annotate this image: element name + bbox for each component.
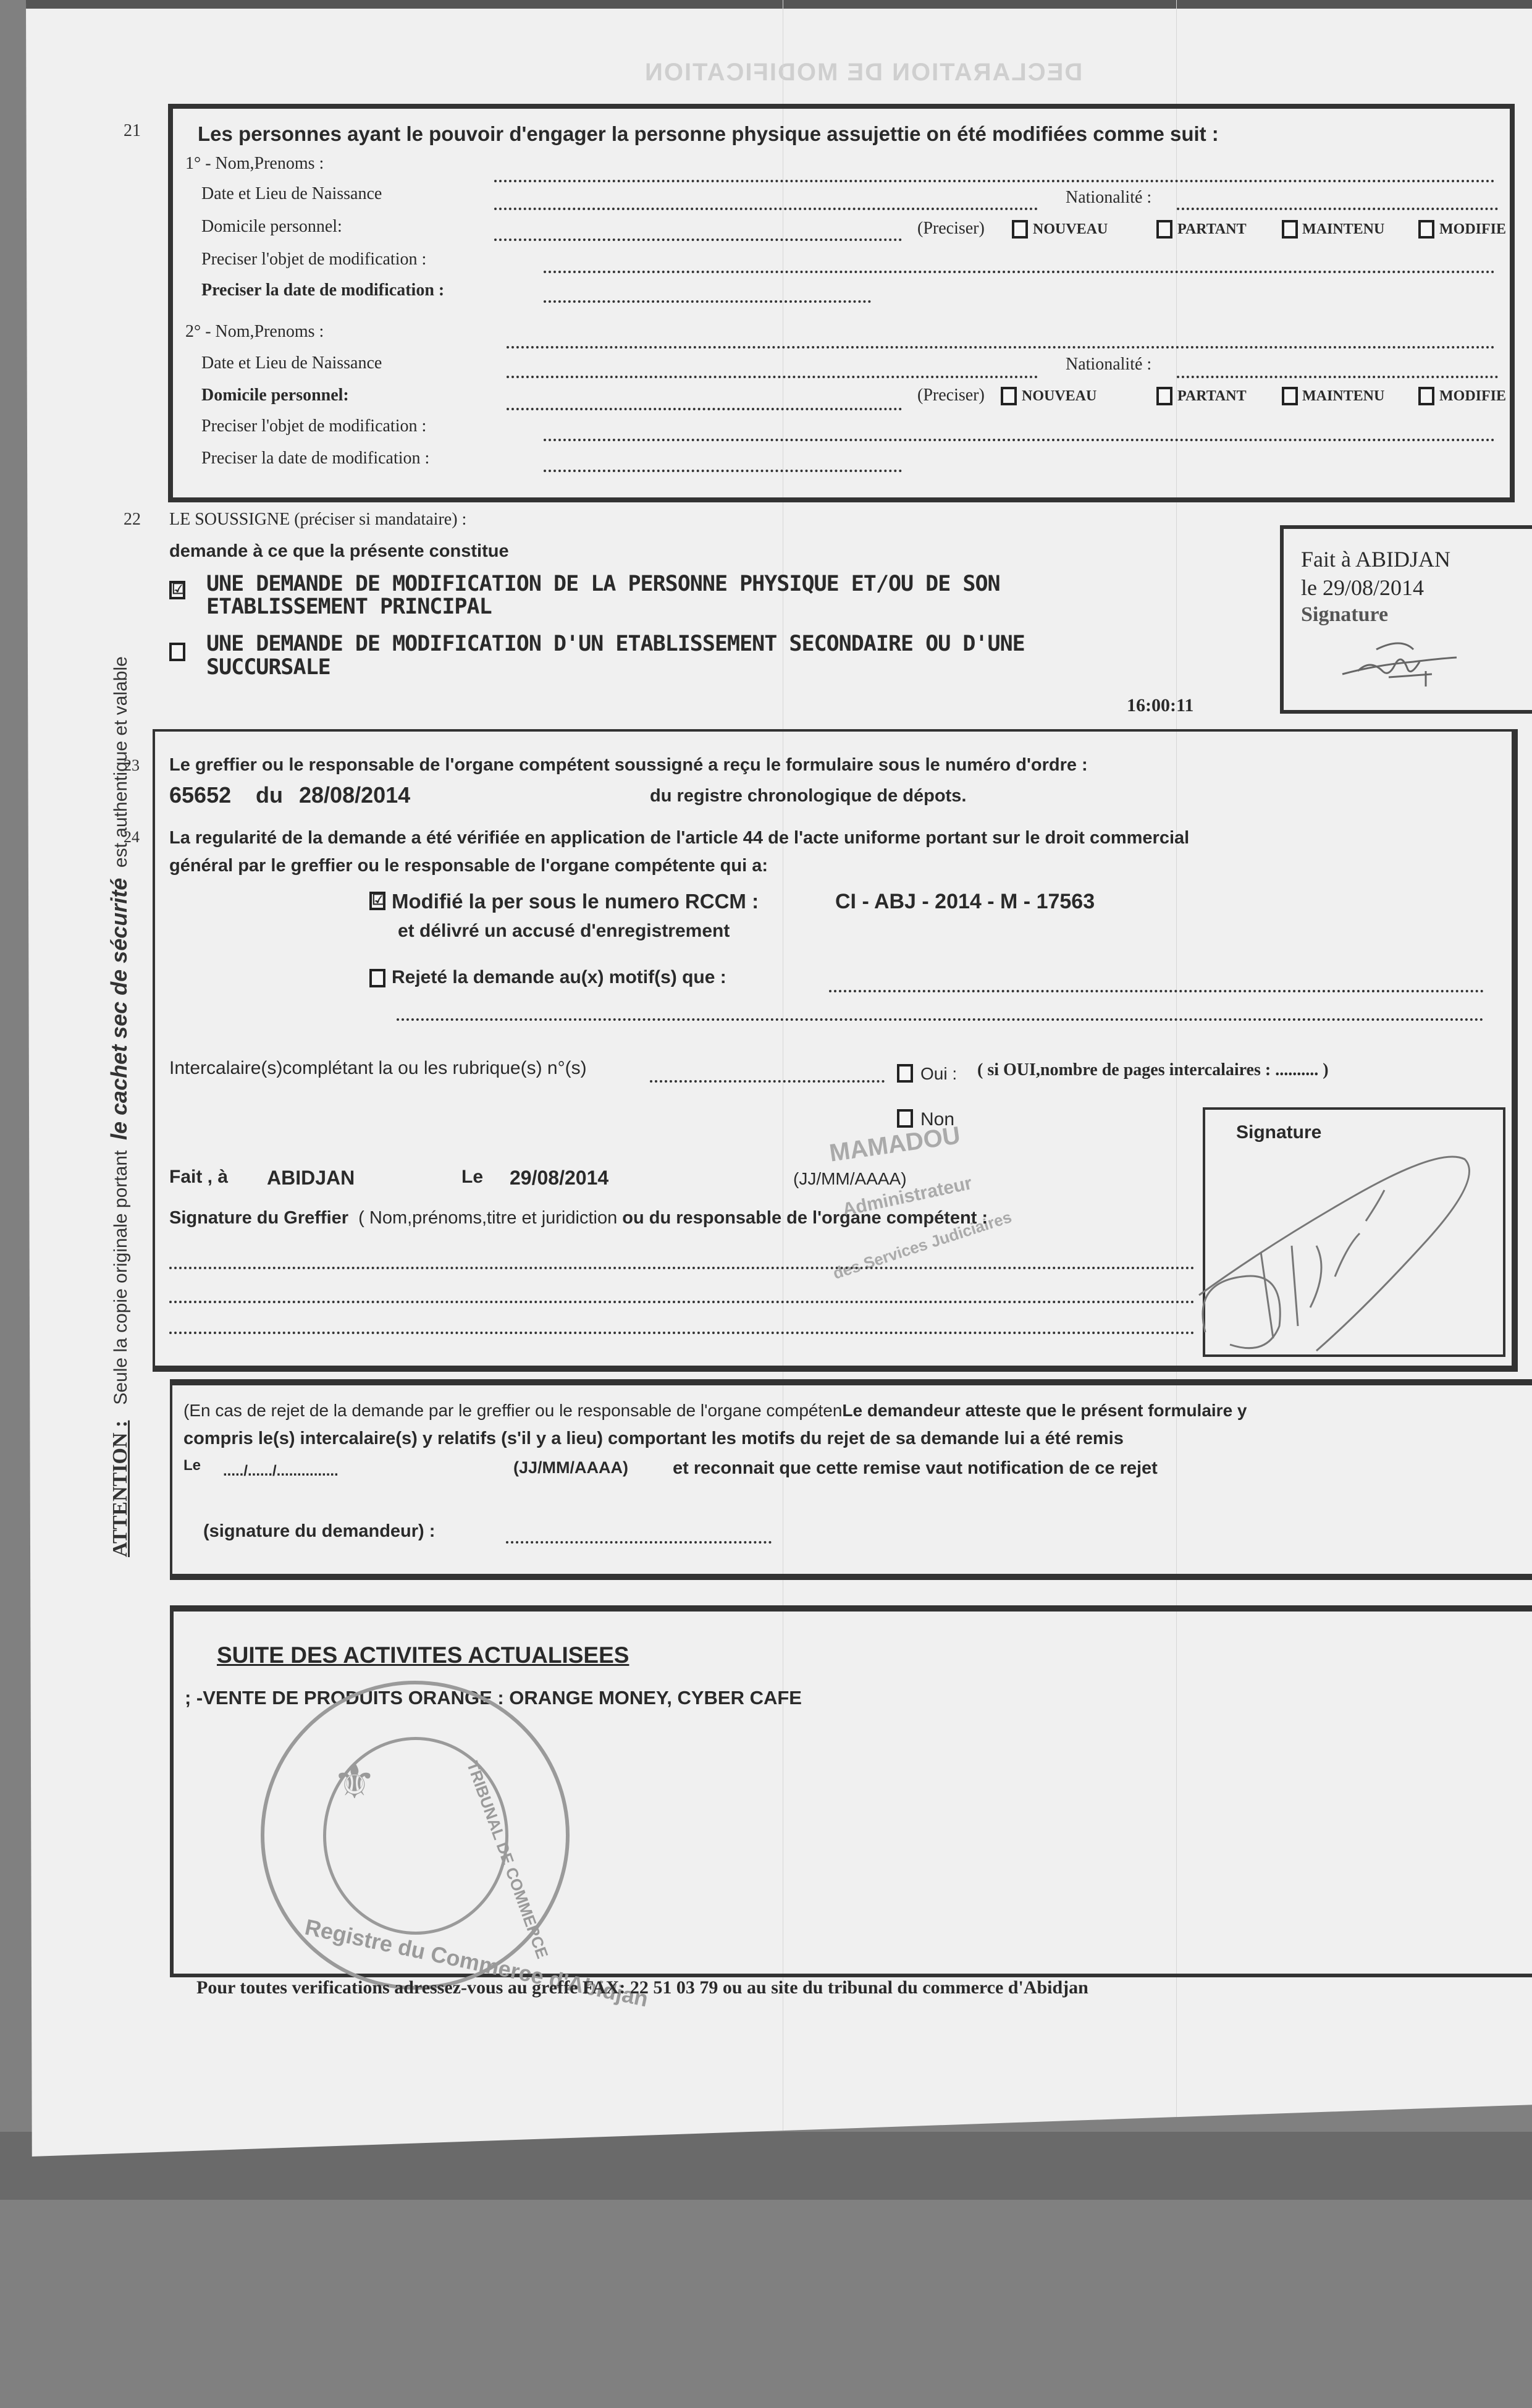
person-1-modifie-label: MODIFIE [1439, 221, 1506, 238]
notice-italic: le cachet sec de sécurité [106, 878, 132, 1140]
person-2-partant-checkbox[interactable] [1156, 387, 1172, 405]
person-2-object-field[interactable] [544, 439, 1495, 441]
person-2-date-label: Preciser la date de modification : [201, 449, 429, 468]
fait-date: 29/08/2014 [510, 1167, 608, 1189]
person-1-partant-checkbox[interactable] [1156, 220, 1172, 239]
rccm-number: CI - ABJ - 2014 - M - 17563 [835, 890, 1095, 914]
oui-note: ( si OUI,nombre de pages intercalaires :… [977, 1060, 1329, 1080]
person-1-nouveau-label: NOUVEAU [1033, 221, 1108, 238]
court-seal: ⚜ Registre du Commerce d'Abidjan TRIBUNA… [261, 1681, 570, 1990]
greffier-signature-icon [1193, 1122, 1502, 1357]
applicant-signature-icon [1339, 640, 1463, 696]
person-2-modifie-label: MODIFIE [1439, 388, 1506, 405]
person-1-birth-label: Date et Lieu de Naissance [201, 184, 382, 204]
greffier-field-1[interactable] [169, 1267, 1195, 1269]
greffier-signature-box: Signature [1203, 1107, 1505, 1357]
person-2-nouveau-checkbox[interactable] [1001, 387, 1017, 405]
person-1-name-field[interactable] [494, 180, 1495, 182]
order-date: 28/08/2014 [299, 782, 410, 808]
person-1-nationality-label: Nationalité : [1066, 188, 1151, 208]
person-2-date-field[interactable] [544, 470, 902, 472]
rejection-line2: compris le(s) intercalaire(s) y relatifs… [183, 1429, 1124, 1449]
person-2-domicile-field[interactable] [507, 408, 902, 410]
person-2-maintenu-label: MAINTENU [1302, 388, 1384, 405]
court-seal-emblem-icon: ⚜ [332, 1752, 377, 1810]
rejection-box: (En cas de rejet de la demande par le gr… [170, 1379, 1532, 1580]
person-1-object-label: Preciser l'objet de modification : [201, 250, 426, 269]
person-2-partant-label: PARTANT [1177, 388, 1247, 405]
section-24-line1: La regularité de la demande a été vérifi… [169, 828, 1189, 848]
option-principal-line1: UNE DEMANDE DE MODIFICATION DE LA PERSON… [206, 572, 1000, 596]
person-1-name-label: 1° - Nom,Prenoms : [185, 154, 324, 174]
notice-text: Seule la copie originale portant [111, 1151, 131, 1405]
person-1-preciser-label: (Preciser) [917, 219, 985, 239]
person-1-partant-label: PARTANT [1177, 221, 1247, 238]
show-through-title: DECLARATION DE MODIFICATION [644, 59, 1082, 87]
person-1-birth-field[interactable] [494, 208, 1038, 210]
greffier-field-3[interactable] [169, 1332, 1195, 1334]
option-secondary-checkbox[interactable] [169, 643, 185, 661]
person-2-nationality-label: Nationalité : [1066, 355, 1151, 374]
applicant-signature-box: Fait à ABIDJAN le 29/08/2014 Signature [1280, 525, 1532, 714]
person-2-object-label: Preciser l'objet de modification : [201, 416, 426, 436]
intercalaire-label: Intercalaire(s)complétant la ou les rubr… [169, 1058, 587, 1079]
demand-intro: demande à ce que la présente constitue [169, 541, 509, 562]
rejection-acknowledge: et reconnait que cette remise vaut notif… [673, 1458, 1158, 1479]
oui-label: Oui : [920, 1064, 957, 1084]
applicant-place: Fait à ABIDJAN [1301, 546, 1450, 572]
form-page: DECLARATION DE MODIFICATION ATTENTION : … [26, 0, 1532, 2157]
rejected-checkbox[interactable] [369, 969, 385, 987]
le-label: Le [461, 1167, 483, 1188]
intercalaire-field[interactable] [650, 1080, 885, 1083]
delivered-text: et délivré un accusé d'enregistrement [398, 921, 730, 942]
greffier-field-2[interactable] [169, 1301, 1195, 1303]
non-checkbox[interactable] [897, 1109, 913, 1128]
activities-title: SUITE DES ACTIVITES ACTUALISEES [217, 1642, 629, 1668]
person-1-date-field[interactable] [544, 300, 871, 303]
rejection-attest: Le demandeur atteste que le présent form… [842, 1401, 1247, 1420]
section-number-21: 21 [124, 121, 141, 141]
person-2-modifie-checkbox[interactable] [1418, 387, 1434, 405]
greffier-signature-detail: ( Nom,prénoms,titre et juridiction [358, 1208, 617, 1228]
footer-notice: Pour toutes verifications adressez-vous … [196, 1977, 1088, 1998]
order-number: 65652 [169, 782, 231, 808]
rejection-le-label: Le [183, 1457, 201, 1474]
greffier-signature-tail: ou du responsable de l'organe compétent … [622, 1208, 988, 1228]
section-number-23: 23 [124, 756, 140, 775]
section-21-box: Les personnes ayant le pouvoir d'engager… [168, 104, 1515, 502]
attention-label: ATTENTION : [109, 1421, 132, 1557]
soussigne-label: LE SOUSSIGNE (préciser si mandataire) : [169, 510, 466, 530]
greffier-signature-line: Signature du Greffier ( Nom,prénoms,titr… [169, 1208, 988, 1228]
person-1-date-label: Preciser la date de modification : [201, 281, 444, 300]
person-2-maintenu-checkbox[interactable] [1282, 387, 1298, 405]
applicant-date: le 29/08/2014 [1301, 575, 1424, 601]
applicant-signature-line-label: (signature du demandeur) : [203, 1521, 435, 1542]
registry-text: du registre chronologique de dépots. [650, 786, 966, 806]
applicant-signature-field[interactable] [506, 1541, 772, 1544]
rejection-reason-field-1[interactable] [829, 990, 1484, 992]
person-2-name-field[interactable] [507, 346, 1495, 349]
rejection-line1: (En cas de rejet de la demande par le gr… [183, 1401, 1247, 1421]
section-24-line2: général par le greffier ou le responsabl… [169, 856, 768, 876]
rejection-reason-field-2[interactable] [397, 1018, 1484, 1021]
modified-checkbox[interactable]: ☑ [369, 892, 385, 910]
section-21-title: Les personnes ayant le pouvoir d'engager… [198, 122, 1219, 146]
person-2-birth-label: Date et Lieu de Naissance [201, 353, 382, 373]
option-secondary-line1: UNE DEMANDE DE MODIFICATION D'UN ETABLIS… [206, 632, 1025, 656]
person-2-nationality-field[interactable] [1177, 376, 1498, 378]
fait-place: ABIDJAN [267, 1167, 355, 1189]
person-2-name-label: 2° - Nom,Prenoms : [185, 322, 324, 342]
side-attention-notice: ATTENTION : Seule la copie originale por… [106, 656, 132, 1557]
person-2-nouveau-label: NOUVEAU [1022, 388, 1096, 405]
option-principal-line2: ETABLISSEMENT PRINCIPAL [206, 594, 492, 619]
person-2-preciser-label: (Preciser) [917, 386, 985, 405]
section-number-24: 24 [124, 828, 140, 847]
person-1-nationality-field[interactable] [1177, 208, 1498, 210]
oui-checkbox[interactable] [897, 1064, 913, 1083]
rejected-label: Rejeté la demande au(x) motif(s) que : [392, 967, 726, 988]
option-secondary-line2: SUCCURSALE [206, 655, 330, 680]
person-1-maintenu-label: MAINTENU [1302, 221, 1384, 238]
option-principal-checkbox[interactable]: ☑ [169, 581, 185, 599]
fait-label: Fait , à [169, 1167, 228, 1188]
person-1-modifie-checkbox[interactable] [1418, 220, 1434, 239]
section-number-22: 22 [124, 510, 141, 530]
rejection-date-field[interactable]: ...../....../............... [223, 1463, 339, 1480]
date-format-hint: (JJ/MM/AAAA) [793, 1169, 907, 1189]
person-1-nouveau-checkbox[interactable] [1012, 220, 1028, 239]
order-du: du [256, 782, 283, 808]
person-1-object-field[interactable] [544, 271, 1495, 273]
rejection-intro: (En cas de rejet de la demande par le gr… [183, 1401, 842, 1420]
person-2-domicile-label: Domicile personnel: [201, 386, 349, 405]
timestamp: 16:00:11 [1127, 695, 1193, 716]
greffier-signature-label: Signature du Greffier [169, 1208, 348, 1228]
section-23-text: Le greffier ou le responsable de l'organ… [169, 755, 1088, 775]
person-1-domicile-label: Domicile personnel: [201, 217, 342, 237]
applicant-signature-label: Signature [1301, 603, 1388, 627]
person-2-birth-field[interactable] [507, 376, 1038, 378]
person-1-domicile-field[interactable] [494, 239, 902, 241]
modified-label: Modifié la per sous le numero RCCM : [392, 890, 759, 913]
page-top-edge [26, 0, 1532, 9]
person-1-maintenu-checkbox[interactable] [1282, 220, 1298, 239]
rejection-date-format: (JJ/MM/AAAA) [513, 1458, 628, 1477]
